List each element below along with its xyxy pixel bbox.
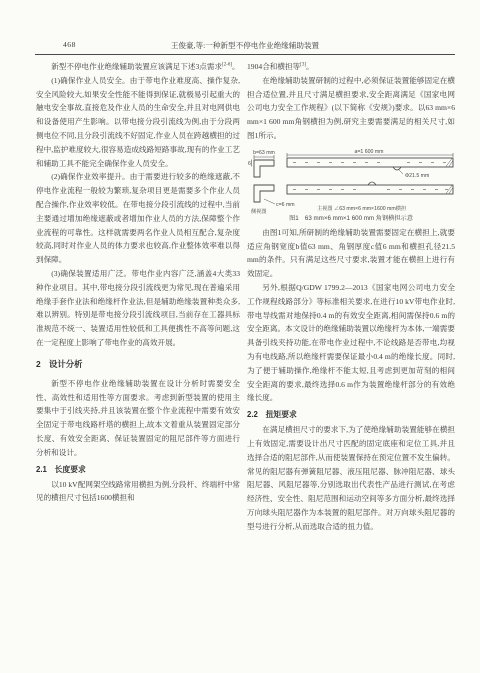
left-column: 新型不停电作业绝缘辅助装置应该满足下述3点需求[2-6]。 (1)确保作业人员安… [36, 60, 240, 505]
paragraph: 另外,根据Q/GDW 1799.2—2013《国家电网公司电力安全工作规程线路部… [247, 281, 455, 405]
paragraph: 由图1可知,所研制的绝缘辅助装置需要固定在横担上,就要适应角钢宽度b值63 mm… [247, 226, 455, 281]
paragraph: (3)确保装置适用广泛。带电作业内容广泛,涵盖4大类33种作业项目。其中,带电接… [36, 267, 240, 350]
header-rule [35, 54, 455, 55]
dim-label-thickness: 6 [248, 161, 251, 167]
dim-label-phi: Φ21.5 mm [405, 173, 429, 179]
section-heading-2-1: 2.1 长度要求 [36, 465, 240, 475]
end-hatching [446, 158, 453, 193]
side-view-label: 侧视图 [251, 207, 267, 214]
paragraph-text: 1904合和横担等 [247, 62, 300, 71]
dim-label-b: b=63 mm [253, 150, 275, 156]
crossarm-bar-bottom [287, 185, 453, 194]
paragraph: 在绝缘辅助装置研制的过程中,必须保证装置能够固定在横担合适位置,并且尺寸满足横担… [247, 74, 455, 143]
paragraph: 在满足横担尺寸的要求下,为了使绝缘辅助装置能够在横担上有效固定,需要设计出尺寸匹… [247, 423, 455, 533]
paragraph: 1904合和横担等[3]。 [247, 60, 455, 74]
dim-label-c: c=6 mm [276, 202, 295, 208]
citation-ref: [2-6] [222, 62, 232, 67]
dim-label-a: a=1 600 mm [355, 149, 384, 155]
paragraph: (1)确保作业人员安全。由于带电作业难度高、操作复杂,安全风险较大,如果安全性能… [36, 74, 240, 171]
crossarm-bar-top [287, 158, 453, 167]
figure-1-caption: 图1 63 mm×6 mm×1 600 mm 角钢横担示意 [247, 215, 455, 223]
page-header: 468 王俊豪,等:一种新型不停电作业绝缘辅助装置 [35, 40, 455, 52]
section-heading-2: 2 设计分析 [36, 359, 240, 370]
paragraph: 新型不停电作业绝缘辅助装置应该满足下述3点需求[2-6]。 [36, 60, 240, 74]
angle-steel-section-top [254, 160, 274, 177]
paper-page: 468 王俊豪,等:一种新型不停电作业绝缘辅助装置 新型不停电作业绝缘辅助装置应… [0, 0, 480, 673]
figure-1-drawing: b=63 mm 6 c=6 mm 侧视图 a=1 600 mm [247, 148, 455, 214]
paragraph: 新型不停电作业绝缘辅助装置在设计分析时需要安全性、高效性和适用性等方面要求。考虑… [36, 377, 240, 460]
angle-steel-section-bottom [254, 185, 274, 202]
paragraph: (2)确保作业效率提升。由于需要进行较多的绝缘遮蔽,不停电作业流程一般较为繁琐,… [36, 170, 240, 267]
figure-1: b=63 mm 6 c=6 mm 侧视图 a=1 600 mm [247, 148, 455, 223]
paragraph-text: 。 [232, 62, 240, 71]
paragraph: 以10 kV配网架空线路常用横担为例,分段杆、终端杆中常见的横担尺寸包括1600… [36, 478, 240, 506]
running-title: 王俊豪,等:一种新型不停电作业绝缘辅助装置 [35, 40, 455, 51]
right-column: 1904合和横担等[3]。 在绝缘辅助装置研制的过程中,必须保证装置能够固定在横… [247, 60, 455, 534]
section-heading-2-2: 2.2 扭矩要求 [247, 410, 455, 420]
paragraph-text: 新型不停电作业绝缘辅助装置应该满足下述3点需求 [51, 62, 222, 71]
main-view-label: 主视图 ∠63 mm×6 mm×1600 mm横担 [317, 204, 406, 212]
paragraph-text: 。 [306, 62, 314, 71]
